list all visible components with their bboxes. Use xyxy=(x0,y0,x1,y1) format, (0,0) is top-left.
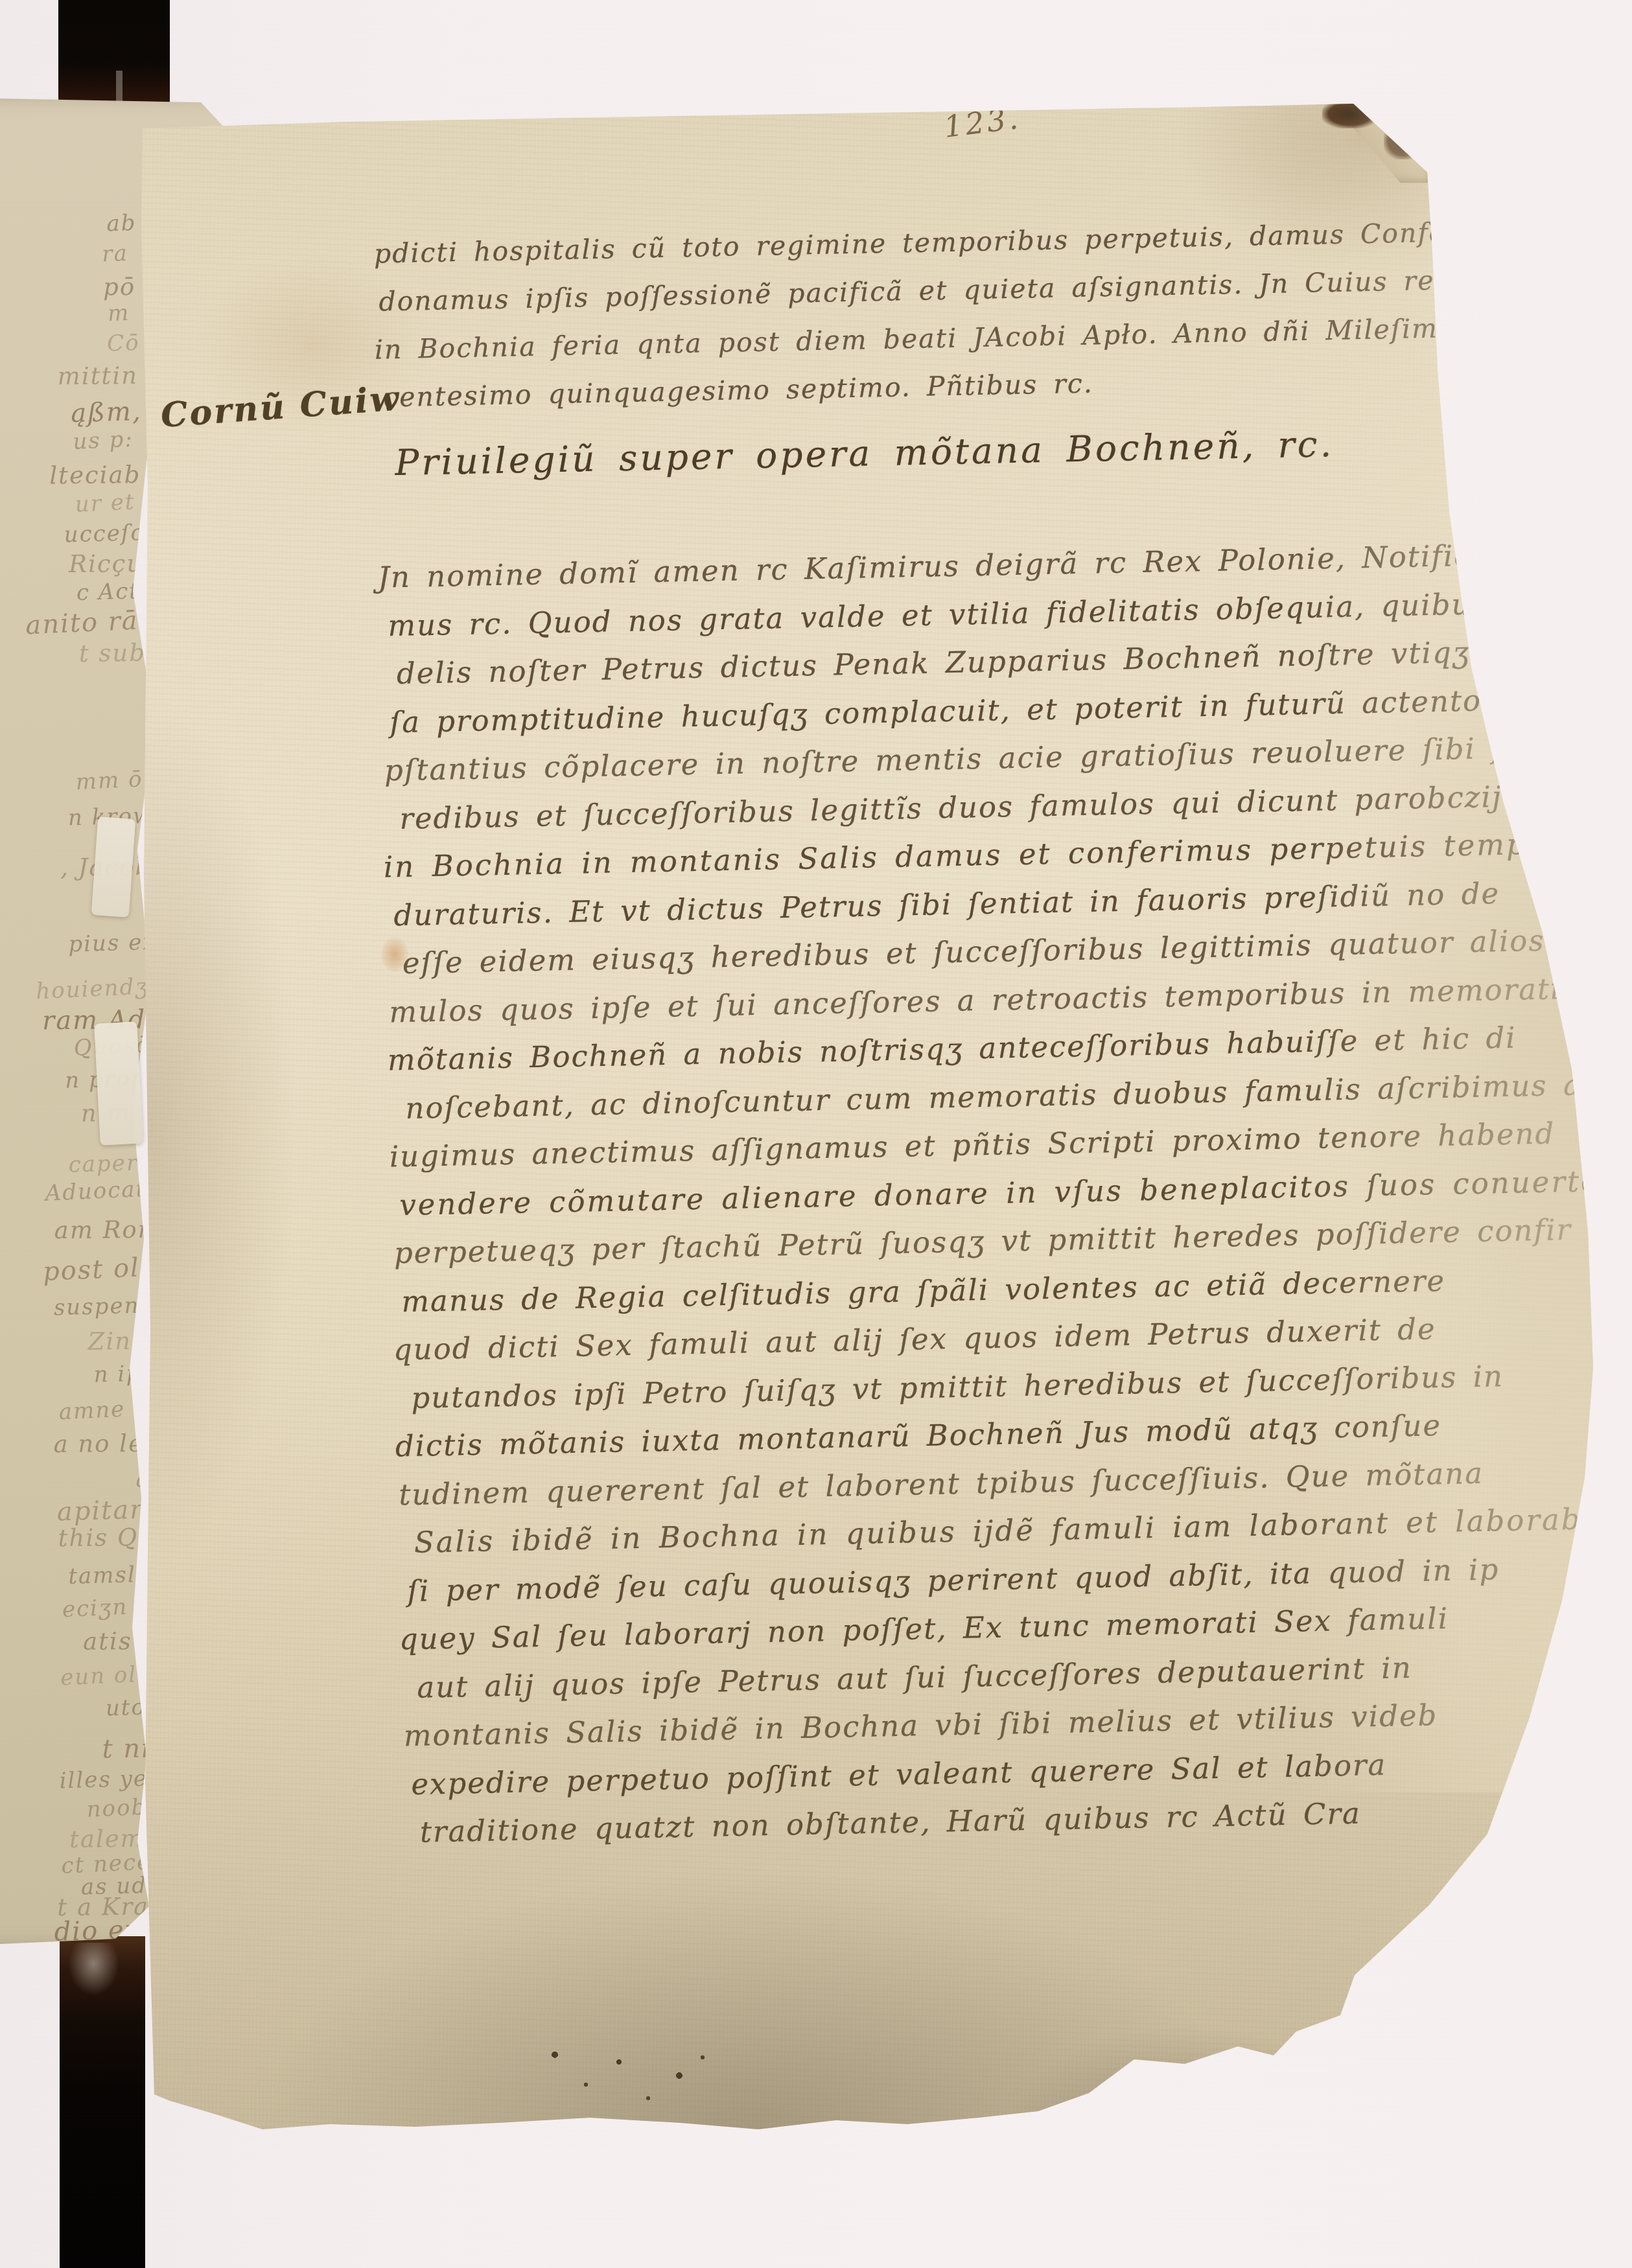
previous-page-text-fragment: pō xyxy=(3,273,135,302)
previous-page-text-fragment: lteciab xyxy=(8,461,141,490)
previous-page-text-fragment: c Act' xyxy=(14,578,147,608)
previous-page-text-fragment: post ole xyxy=(23,1252,157,1288)
previous-page-text-fragment: m xyxy=(0,300,130,332)
previous-page-text-fragment: n propē xyxy=(27,1065,161,1095)
section-heading: Priuilegiũ super opera mõtana Bochneñ, r… xyxy=(395,423,1335,483)
previous-page-text-fragment: ab xyxy=(3,210,137,240)
previous-page-text-fragment: pius ex xyxy=(23,929,157,959)
previous-page-text-fragment: mittin xyxy=(5,362,138,391)
previous-page-text-fragment: a no lem xyxy=(35,1429,168,1458)
previous-page-text-fragment: ra xyxy=(0,240,129,272)
manuscript-page: 123. pdicti hospitalis cũ toto regimine … xyxy=(136,97,1602,2164)
previous-page-text-fragment: amne se xyxy=(27,1394,161,1426)
previous-page-text-fragment: anito rā xyxy=(5,606,139,642)
previous-page-text-fragment: Aduocati xyxy=(21,1175,155,1207)
previous-page-text-fragment: houiendʒ xyxy=(16,973,150,1005)
previous-page-text-fragment: ucceſo xyxy=(12,520,145,550)
previous-page-text-fragment: mm ō xyxy=(10,766,144,798)
margin-annotation: Cornũ Cuiw xyxy=(159,378,402,435)
previous-page-text-fragment: qs xyxy=(29,1466,163,1498)
previous-page-text-fragment: Ricçu xyxy=(10,550,143,579)
previous-page-text-fragment: eciʒn ob xyxy=(32,1592,167,1624)
repair-tape xyxy=(94,1021,143,1145)
previous-page-text-fragment: n ipso xyxy=(36,1360,169,1390)
scanned-document: abrapōmCōmittinąßm,us p:lteciabur etucce… xyxy=(0,0,1632,2268)
previous-page-text-fragment: ur et xyxy=(2,489,136,521)
binding-strap-bottom xyxy=(60,1936,145,2268)
previous-page-text-fragment: Zinun xyxy=(32,1326,165,1356)
previous-page-text-fragment: suspensa xyxy=(34,1292,167,1322)
previous-page-text-fragment: caperet xyxy=(29,1150,163,1179)
previous-page-text-fragment: ąßm, xyxy=(8,397,142,430)
previous-page-text-fragment: Cō xyxy=(6,330,140,360)
ink-specks xyxy=(531,2035,726,2125)
previous-page-text-fragment: am Rom xyxy=(29,1215,162,1244)
page-content: 123. pdicti hospitalis cũ toto regimine … xyxy=(136,68,1632,2164)
closing-paragraph: pdicti hospitalis cũ toto regimine tempo… xyxy=(373,205,1583,421)
previous-page-text-fragment: t sub xyxy=(13,639,146,668)
page-number: 123. xyxy=(942,100,1022,145)
body-text: Jn nomine domĩ amen rc Kaſimirus deigrã … xyxy=(377,529,1632,1857)
repair-tape xyxy=(91,816,135,918)
previous-page-text-fragment: us p: xyxy=(0,426,134,458)
